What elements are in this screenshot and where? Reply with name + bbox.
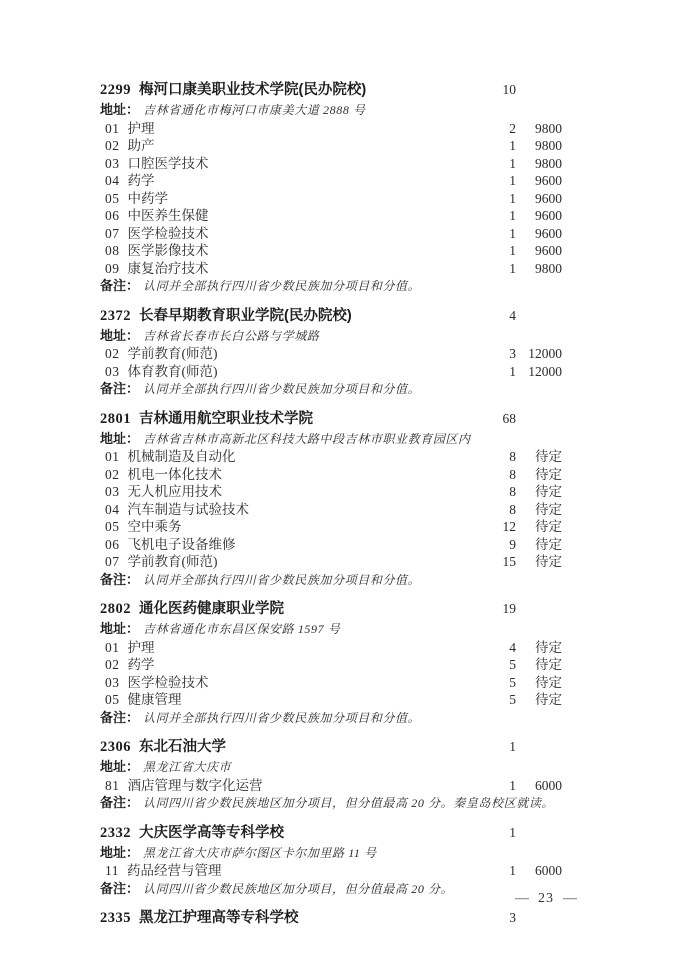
major-name: 护理 [128, 120, 481, 138]
major-fee: 待定 [516, 536, 562, 554]
school-code: 2372 [100, 308, 131, 324]
major-row: 03医学检验技术5待定 [100, 674, 562, 692]
major-count: 3 [480, 345, 516, 363]
major-name: 无人机应用技术 [128, 483, 481, 501]
address-line: 地址：吉林省通化市梅河口市康美大道 2888 号 [100, 101, 562, 120]
major-count: 8 [480, 501, 516, 519]
school-title: 2299梅河口康美职业技术学院(民办院校) [100, 81, 480, 100]
address-value: 吉林省通化市东昌区保安路 1597 号 [143, 622, 340, 636]
major-number: 05 [105, 190, 120, 208]
school-name: 通化医药健康职业学院 [139, 601, 284, 617]
note-label: 备注： [100, 881, 139, 896]
school-title: 2335黑龙江护理高等专科学校 [100, 909, 480, 928]
school-code: 2801 [100, 411, 131, 427]
major-number: 02 [105, 656, 120, 674]
school-name: 大庆医学高等专科学校 [139, 825, 284, 841]
major-fee: 9600 [516, 242, 562, 260]
major-fee: 9600 [516, 225, 562, 243]
school-section: 2801吉林通用航空职业技术学院68地址：吉林省吉林市高新北区科技大路中段吉林市… [100, 409, 562, 590]
major-row: 01机械制造及自动化8待定 [100, 448, 562, 466]
major-fee: 6000 [516, 777, 562, 795]
footer-left-dash: — [515, 891, 529, 906]
major-name: 机械制造及自动化 [128, 448, 481, 466]
major-fee: 待定 [516, 639, 562, 657]
address-label: 地址： [100, 621, 139, 636]
major-fee: 待定 [516, 466, 562, 484]
school-name: 长春早期教育职业学院(民办院校) [139, 308, 352, 324]
major-count: 2 [480, 120, 516, 138]
school-total-count: 3 [480, 908, 516, 927]
address-label: 地址： [100, 328, 139, 343]
major-name: 汽车制造与试验技术 [128, 501, 481, 519]
major-fee: 待定 [516, 518, 562, 536]
major-fee: 12000 [516, 363, 562, 381]
school-section: 2802通化医药健康职业学院19地址：吉林省通化市东昌区保安路 1597 号01… [100, 599, 562, 727]
major-count: 5 [480, 656, 516, 674]
school-total-count: 4 [480, 306, 516, 325]
major-number: 02 [105, 137, 120, 155]
major-row: 01护理4待定 [100, 639, 562, 657]
note-label: 备注： [100, 710, 139, 725]
major-number: 02 [105, 466, 120, 484]
note-line: 备注：认同并全部执行四川省少数民族加分项目和分值。 [100, 571, 562, 590]
major-name: 空中乘务 [128, 518, 481, 536]
school-total-count: 1 [480, 823, 516, 842]
school-code: 2802 [100, 601, 131, 617]
major-number: 06 [105, 536, 120, 554]
major-fee: 待定 [516, 483, 562, 501]
school-header: 2372长春早期教育职业学院(民办院校)4 [100, 306, 562, 326]
major-count: 12 [480, 518, 516, 536]
address-value: 吉林省通化市梅河口市康美大道 2888 号 [143, 103, 366, 117]
major-number: 06 [105, 207, 120, 225]
address-line: 地址：吉林省通化市东昌区保安路 1597 号 [100, 620, 562, 639]
school-section: 2372长春早期教育职业学院(民办院校)4地址：吉林省长春市长白公路与学城路02… [100, 306, 562, 399]
major-row: 08医学影像技术19600 [100, 242, 562, 260]
school-title: 2801吉林通用航空职业技术学院 [100, 410, 480, 429]
major-number: 03 [105, 483, 120, 501]
address-value: 吉林省长春市长白公路与学城路 [143, 329, 319, 343]
address-line: 地址：吉林省长春市长白公路与学城路 [100, 327, 562, 346]
major-number: 09 [105, 260, 120, 278]
major-row: 04药学19600 [100, 172, 562, 190]
school-code: 2306 [100, 739, 131, 755]
school-total-count: 1 [480, 737, 516, 756]
school-code: 2335 [100, 910, 131, 926]
school-header: 2306东北石油大学1 [100, 737, 562, 757]
major-number: 01 [105, 448, 120, 466]
note-line: 备注：认同四川省少数民族地区加分项目，但分值最高 20 分。 [100, 880, 562, 899]
major-count: 8 [480, 448, 516, 466]
major-name: 医学检验技术 [128, 674, 481, 692]
note-value: 认同并全部执行四川省少数民族加分项目和分值。 [143, 573, 420, 587]
major-name: 助产 [128, 137, 481, 155]
major-count: 5 [480, 674, 516, 692]
major-row: 02药学5待定 [100, 656, 562, 674]
school-header: 2299梅河口康美职业技术学院(民办院校)10 [100, 80, 562, 100]
address-line: 地址：黑龙江省大庆市萨尔图区卡尔加里路 11 号 [100, 844, 562, 863]
school-section: 2335黑龙江护理高等专科学校3 [100, 908, 562, 928]
major-fee: 9800 [516, 137, 562, 155]
major-count: 8 [480, 483, 516, 501]
major-count: 5 [480, 691, 516, 709]
major-row: 05空中乘务12待定 [100, 518, 562, 536]
school-name: 东北石油大学 [139, 739, 226, 755]
note-line: 备注：认同并全部执行四川省少数民族加分项目和分值。 [100, 380, 562, 399]
major-fee: 待定 [516, 553, 562, 571]
note-value: 认同并全部执行四川省少数民族加分项目和分值。 [143, 382, 420, 396]
school-header: 2802通化医药健康职业学院19 [100, 599, 562, 619]
address-label: 地址： [100, 845, 139, 860]
major-count: 15 [480, 553, 516, 571]
major-count: 8 [480, 466, 516, 484]
major-number: 05 [105, 691, 120, 709]
major-name: 药品经营与管理 [127, 862, 480, 880]
major-number: 07 [105, 225, 120, 243]
note-line: 备注：认同并全部执行四川省少数民族加分项目和分值。 [100, 277, 562, 296]
address-value: 黑龙江省大庆市萨尔图区卡尔加里路 11 号 [143, 846, 377, 860]
school-total-count: 10 [480, 80, 516, 99]
document-page: 2299梅河口康美职业技术学院(民办院校)10地址：吉林省通化市梅河口市康美大道… [0, 0, 680, 961]
major-name: 药学 [128, 172, 481, 190]
major-name: 护理 [128, 639, 481, 657]
major-row: 81酒店管理与数字化运营16000 [100, 777, 562, 795]
school-title: 2332大庆医学高等专科学校 [100, 824, 480, 843]
school-name: 吉林通用航空职业技术学院 [139, 411, 313, 427]
major-row: 06中医养生保健19600 [100, 207, 562, 225]
major-number: 02 [105, 345, 120, 363]
school-name: 梅河口康美职业技术学院(民办院校) [139, 82, 366, 98]
major-name: 中医养生保健 [128, 207, 481, 225]
major-row: 05健康管理5待定 [100, 691, 562, 709]
school-section: 2332大庆医学高等专科学校1地址：黑龙江省大庆市萨尔图区卡尔加里路 11 号1… [100, 823, 562, 899]
major-number: 04 [105, 172, 120, 190]
note-value: 认同四川省少数民族地区加分项目，但分值最高 20 分。 [143, 882, 453, 896]
major-number: 03 [105, 363, 120, 381]
major-count: 4 [480, 639, 516, 657]
note-line: 备注：认同并全部执行四川省少数民族加分项目和分值。 [100, 709, 562, 728]
major-row: 05中药学19600 [100, 190, 562, 208]
major-row: 03口腔医学技术19800 [100, 155, 562, 173]
major-name: 中药学 [128, 190, 481, 208]
major-fee: 待定 [516, 448, 562, 466]
address-label: 地址： [100, 102, 139, 117]
major-name: 酒店管理与数字化运营 [128, 777, 481, 795]
school-code: 2299 [100, 82, 131, 98]
major-count: 1 [480, 242, 516, 260]
note-label: 备注： [100, 795, 139, 810]
major-fee: 9600 [516, 207, 562, 225]
major-row: 03体育教育(师范)112000 [100, 363, 562, 381]
major-name: 健康管理 [128, 691, 481, 709]
major-row: 07医学检验技术19600 [100, 225, 562, 243]
major-number: 05 [105, 518, 120, 536]
school-name: 黑龙江护理高等专科学校 [139, 910, 299, 926]
major-fee: 12000 [516, 345, 562, 363]
major-fee: 9800 [516, 120, 562, 138]
major-count: 1 [480, 225, 516, 243]
major-name: 学前教育(师范) [128, 345, 481, 363]
address-line: 地址：吉林省吉林市高新北区科技大路中段吉林市职业教育园区内 [100, 430, 562, 449]
major-name: 康复治疗技术 [128, 260, 481, 278]
major-number: 03 [105, 155, 120, 173]
major-fee: 待定 [516, 674, 562, 692]
major-fee: 待定 [516, 501, 562, 519]
major-row: 06飞机电子设备维修9待定 [100, 536, 562, 554]
school-code: 2332 [100, 825, 131, 841]
page-number: 23 [538, 891, 554, 906]
major-fee: 待定 [516, 691, 562, 709]
major-row: 02机电一体化技术8待定 [100, 466, 562, 484]
major-name: 飞机电子设备维修 [128, 536, 481, 554]
major-count: 1 [480, 862, 516, 880]
major-name: 机电一体化技术 [128, 466, 481, 484]
major-row: 03无人机应用技术8待定 [100, 483, 562, 501]
major-row: 07学前教育(师范)15待定 [100, 553, 562, 571]
major-row: 02学前教育(师范)312000 [100, 345, 562, 363]
major-number: 01 [105, 639, 120, 657]
major-number: 01 [105, 120, 120, 138]
school-total-count: 68 [480, 409, 516, 428]
major-fee: 待定 [516, 656, 562, 674]
address-label: 地址： [100, 759, 139, 774]
note-label: 备注： [100, 381, 139, 396]
note-line: 备注：认同四川省少数民族地区加分项目，但分值最高 20 分。秦皇岛校区就读。 [100, 794, 562, 813]
address-label: 地址： [100, 431, 139, 446]
major-name: 口腔医学技术 [128, 155, 481, 173]
major-fee: 9600 [516, 190, 562, 208]
school-header: 2332大庆医学高等专科学校1 [100, 823, 562, 843]
major-number: 81 [105, 777, 120, 795]
major-row: 02助产19800 [100, 137, 562, 155]
note-value: 认同并全部执行四川省少数民族加分项目和分值。 [143, 279, 420, 293]
major-number: 04 [105, 501, 120, 519]
major-count: 1 [480, 207, 516, 225]
major-row: 01护理29800 [100, 120, 562, 138]
major-count: 1 [480, 190, 516, 208]
school-title: 2802通化医药健康职业学院 [100, 600, 480, 619]
major-number: 08 [105, 242, 120, 260]
school-section: 2299梅河口康美职业技术学院(民办院校)10地址：吉林省通化市梅河口市康美大道… [100, 80, 562, 296]
sections: 2299梅河口康美职业技术学院(民办院校)10地址：吉林省通化市梅河口市康美大道… [100, 80, 562, 938]
note-value: 认同四川省少数民族地区加分项目，但分值最高 20 分。秦皇岛校区就读。 [143, 796, 554, 810]
major-count: 9 [480, 536, 516, 554]
note-label: 备注： [100, 278, 139, 293]
major-row: 11药品经营与管理16000 [100, 862, 562, 880]
school-section: 2306东北石油大学1地址：黑龙江省大庆市81酒店管理与数字化运营16000备注… [100, 737, 562, 813]
address-line: 地址：黑龙江省大庆市 [100, 758, 562, 777]
major-name: 医学影像技术 [128, 242, 481, 260]
school-header: 2801吉林通用航空职业技术学院68 [100, 409, 562, 429]
school-header: 2335黑龙江护理高等专科学校3 [100, 908, 562, 928]
major-name: 体育教育(师范) [128, 363, 481, 381]
school-title: 2372长春早期教育职业学院(民办院校) [100, 307, 480, 326]
major-count: 1 [480, 155, 516, 173]
page-footer: —23— [515, 890, 577, 908]
major-name: 药学 [128, 656, 481, 674]
major-fee: 9600 [516, 172, 562, 190]
footer-right-dash: — [563, 891, 577, 906]
school-total-count: 19 [480, 599, 516, 618]
major-row: 09康复治疗技术19800 [100, 260, 562, 278]
major-name: 学前教育(师范) [128, 553, 481, 571]
note-value: 认同并全部执行四川省少数民族加分项目和分值。 [143, 711, 420, 725]
major-number: 03 [105, 674, 120, 692]
major-fee: 9800 [516, 260, 562, 278]
major-number: 11 [105, 862, 119, 880]
major-fee: 9800 [516, 155, 562, 173]
address-value: 黑龙江省大庆市 [143, 760, 231, 774]
major-count: 1 [480, 172, 516, 190]
major-count: 1 [480, 777, 516, 795]
address-value: 吉林省吉林市高新北区科技大路中段吉林市职业教育园区内 [143, 432, 471, 446]
major-fee: 6000 [516, 862, 562, 880]
major-row: 04汽车制造与试验技术8待定 [100, 501, 562, 519]
school-title: 2306东北石油大学 [100, 738, 480, 757]
major-name: 医学检验技术 [128, 225, 481, 243]
major-count: 1 [480, 363, 516, 381]
note-label: 备注： [100, 572, 139, 587]
major-count: 1 [480, 137, 516, 155]
major-number: 07 [105, 553, 120, 571]
major-count: 1 [480, 260, 516, 278]
